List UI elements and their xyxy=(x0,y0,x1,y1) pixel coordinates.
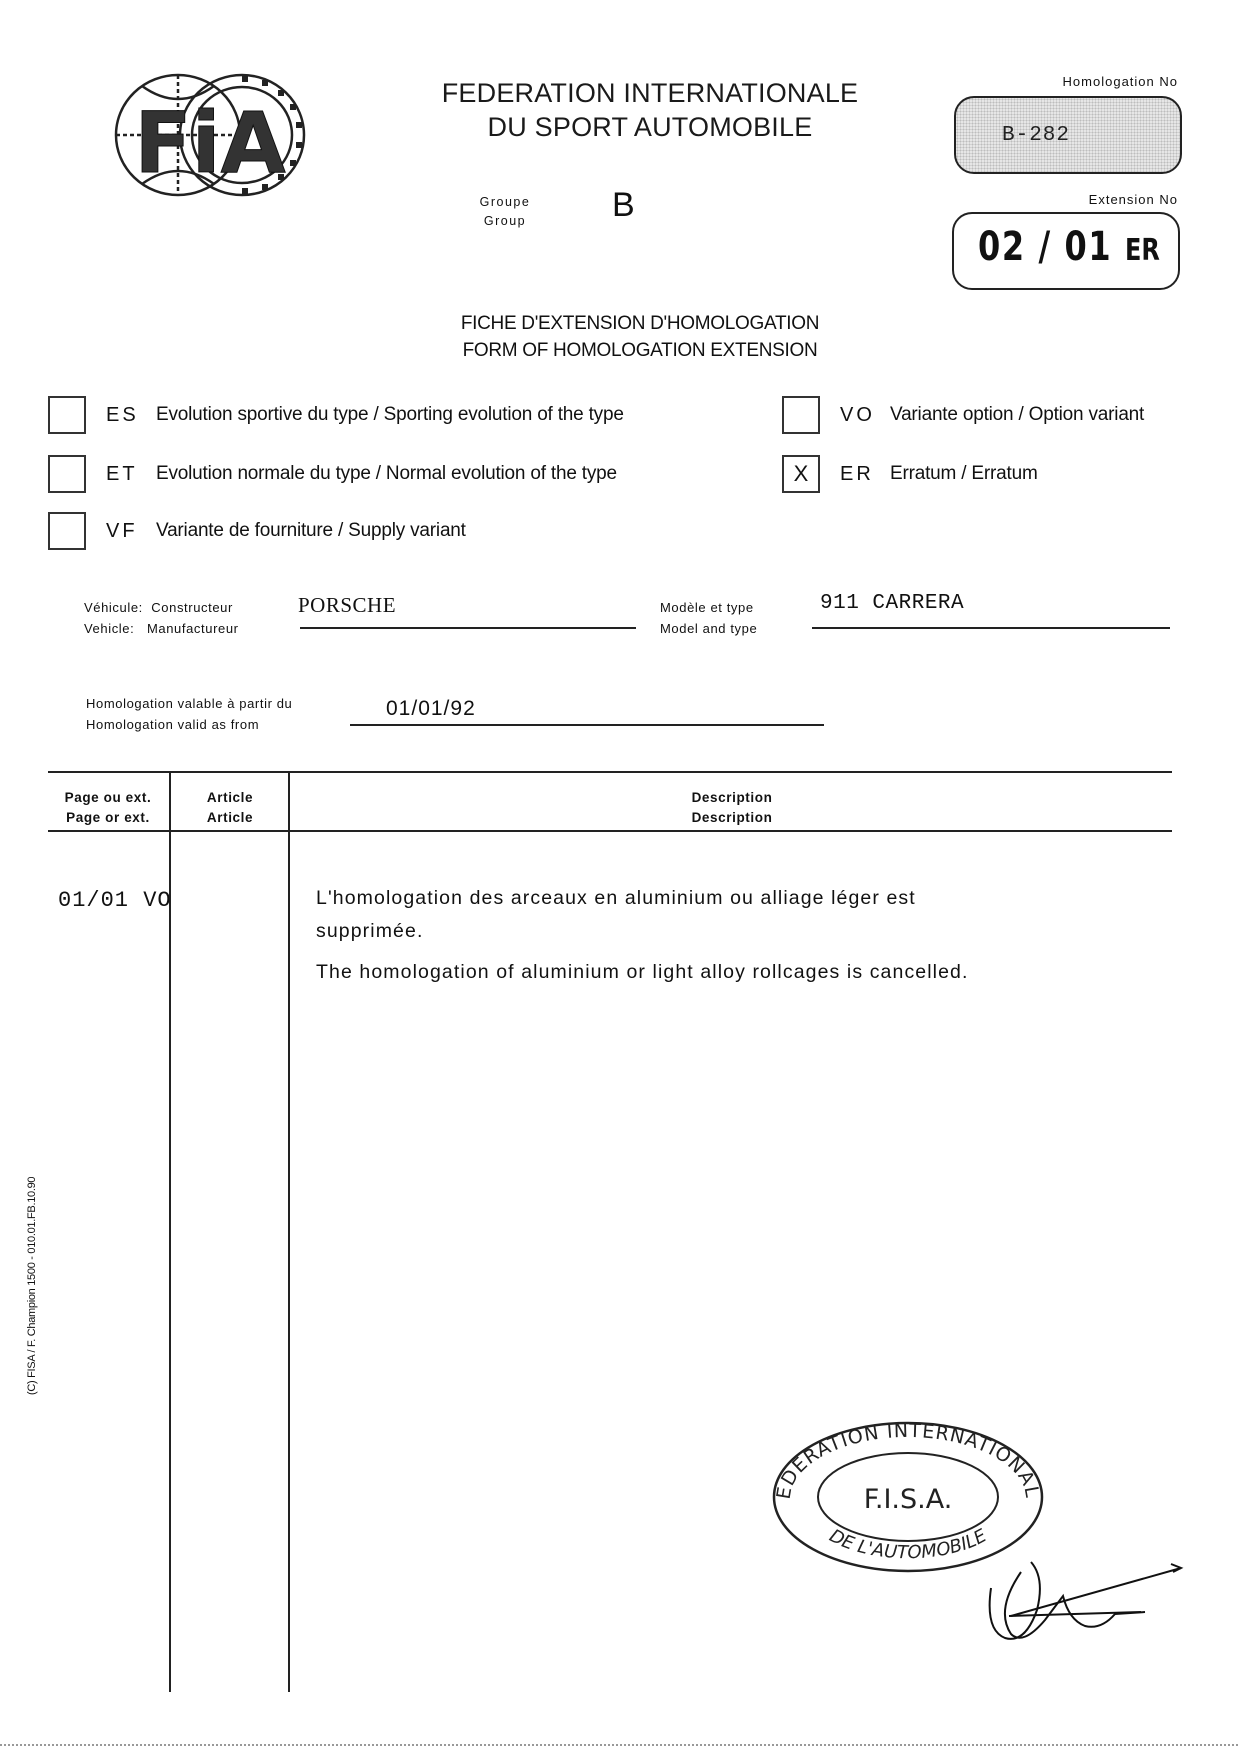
group-label-fr: Groupe xyxy=(470,193,540,212)
manufacturer-label-en: Vehicle: Manufactureur xyxy=(84,618,239,639)
extension-no-value: 02 / 01 ER xyxy=(978,224,1160,270)
checkbox-et[interactable] xyxy=(48,455,86,493)
svg-text:FiA: FiA xyxy=(134,94,285,192)
checkbox-es[interactable] xyxy=(48,396,86,434)
table-top-border xyxy=(48,771,1172,773)
checkbox-vf[interactable] xyxy=(48,512,86,550)
extension-type-vf[interactable]: VF Variante de fourniture / Supply varia… xyxy=(48,512,466,550)
organization-line-2: DU SPORT AUTOMOBILE xyxy=(380,110,920,144)
checkbox-vo[interactable] xyxy=(782,396,820,434)
header-en: Description xyxy=(290,808,1174,828)
validity-label-fr: Homologation valable à partir du xyxy=(86,693,292,714)
description-fr-line-2: supprimée. xyxy=(316,915,1156,948)
extension-suffix: ER xyxy=(1125,233,1160,268)
column-header-article: Article Article xyxy=(172,788,288,828)
group-label: Groupe Group xyxy=(470,193,540,231)
type-label: Evolution sportive du type / Sporting ev… xyxy=(156,404,624,426)
row-page-value: 01/01 VO xyxy=(58,888,172,913)
column-divider-2 xyxy=(288,772,290,1692)
description-en: The homologation of aluminium or light a… xyxy=(316,956,1156,989)
header-fr: Article xyxy=(172,788,288,808)
type-code: VF xyxy=(106,520,156,543)
row-description: L'homologation des arceaux en aluminium … xyxy=(316,882,1156,989)
homologation-no-label: Homologation No xyxy=(1000,74,1178,89)
form-title-en: FORM OF HOMOLOGATION EXTENSION xyxy=(380,337,900,364)
header-fr: Description xyxy=(290,788,1174,808)
table-header-border xyxy=(48,830,1172,832)
extension-type-es[interactable]: ES Evolution sportive du type / Sporting… xyxy=(48,396,624,434)
validity-label: Homologation valable à partir du Homolog… xyxy=(86,693,292,735)
type-label: Variante de fourniture / Supply variant xyxy=(156,520,466,542)
checkbox-er[interactable]: X xyxy=(782,455,820,493)
type-code: ES xyxy=(106,404,156,427)
extension-type-vo[interactable]: VO Variante option / Option variant xyxy=(782,396,1144,434)
extension-no-label: Extension No xyxy=(1000,192,1178,207)
signature xyxy=(975,1560,1185,1660)
scan-edge xyxy=(0,1744,1240,1746)
model-value[interactable]: 911 CARRERA xyxy=(820,592,964,615)
type-code: VO xyxy=(840,404,890,427)
manufacturer-underline xyxy=(300,627,636,629)
manufacturer-value[interactable]: PORSCHE xyxy=(298,593,396,618)
type-label: Evolution normale du type / Normal evolu… xyxy=(156,463,617,485)
header-en: Article xyxy=(172,808,288,828)
validity-underline xyxy=(350,724,824,726)
manufacturer-label-fr: Véhicule: Constructeur xyxy=(84,597,239,618)
header-en: Page or ext. xyxy=(48,808,168,828)
manufacturer-label: Véhicule: Constructeur Vehicle: Manufact… xyxy=(84,597,239,639)
organization-name: FEDERATION INTERNATIONALE DU SPORT AUTOM… xyxy=(380,76,920,144)
form-title-fr: FICHE D'EXTENSION D'HOMOLOGATION xyxy=(380,310,900,337)
type-code: ET xyxy=(106,463,156,486)
extension-type-er[interactable]: X ER Erratum / Erratum xyxy=(782,455,1038,493)
group-value: B xyxy=(612,186,635,225)
model-underline xyxy=(812,627,1170,629)
extension-type-et[interactable]: ET Evolution normale du type / Normal ev… xyxy=(48,455,617,493)
header-fr: Page ou ext. xyxy=(48,788,168,808)
description-fr-line-1: L'homologation des arceaux en aluminium … xyxy=(316,882,1156,915)
column-header-page: Page ou ext. Page or ext. xyxy=(48,788,168,828)
validity-value[interactable]: 01/01/92 xyxy=(386,697,476,721)
organization-line-1: FEDERATION INTERNATIONALE xyxy=(380,76,920,110)
type-label: Variante option / Option variant xyxy=(890,404,1144,426)
homologation-no-value: B-282 xyxy=(1002,124,1070,147)
form-title: FICHE D'EXTENSION D'HOMOLOGATION FORM OF… xyxy=(380,310,900,364)
type-label: Erratum / Erratum xyxy=(890,463,1038,485)
type-code: ER xyxy=(840,463,890,486)
extension-number: 02 / 01 xyxy=(978,224,1112,270)
group-label-en: Group xyxy=(470,212,540,231)
validity-label-en: Homologation valid as from xyxy=(86,714,292,735)
fisa-stamp: FEDERATION INTERNATIONALE DE L'AUTOMOBIL… xyxy=(768,1415,1048,1575)
model-label-fr: Modèle et type xyxy=(660,597,757,618)
fia-logo: FiA xyxy=(112,72,308,198)
svg-text:F.I.S.A.: F.I.S.A. xyxy=(864,1484,953,1515)
model-label-en: Model and type xyxy=(660,618,757,639)
column-header-description: Description Description xyxy=(290,788,1174,828)
model-label: Modèle et type Model and type xyxy=(660,597,757,639)
form-reference: (C) FISA / F. Champion 1500 - 010.01.FB.… xyxy=(26,1095,38,1395)
